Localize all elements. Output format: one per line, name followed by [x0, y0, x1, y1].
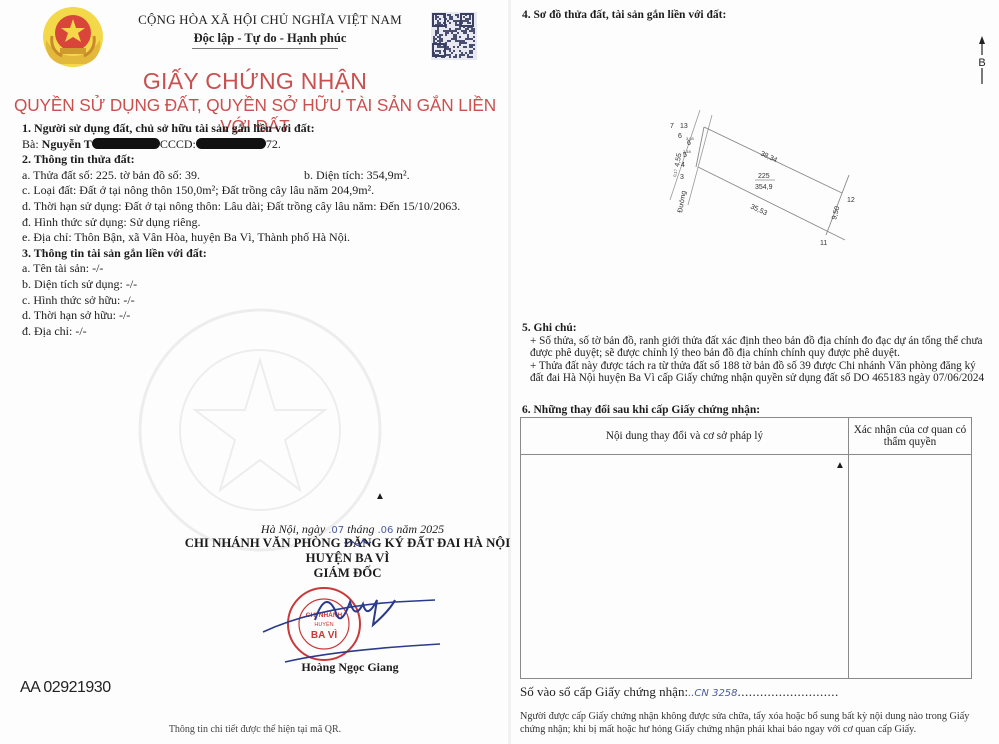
parcel-diagram: 7 13 3,03 2,18 6 6 5 4 3 4,55 0,17 38,34…	[650, 105, 870, 255]
changes-cell-content	[521, 455, 849, 679]
id-suffix: 72.	[266, 137, 281, 151]
redaction-bar	[196, 138, 266, 149]
column-header-confirmation: Xác nhận của cơ quan có thẩm quyền	[849, 418, 972, 455]
motto-underline	[192, 48, 338, 49]
owner-name: Nguyễn T	[42, 137, 92, 151]
date-month-label: tháng	[344, 522, 377, 536]
svg-text:38,34: 38,34	[759, 150, 778, 164]
signer-position: GIÁM ĐỐC	[180, 566, 515, 581]
asset-area: b. Diện tích sử dụng: -/-	[22, 277, 502, 293]
svg-text:6: 6	[678, 133, 682, 140]
date-day: .07	[328, 525, 344, 536]
serial-number: AA 02921930	[20, 679, 111, 697]
svg-text:13: 13	[680, 123, 688, 130]
asset-name: a. Tên tài sản: -/-	[22, 261, 502, 277]
registry-dots: ...........................	[738, 684, 839, 699]
qr-note: Thông tin chi tiết được thể hiện tại mã …	[0, 724, 510, 735]
certificate-body: 1. Người sử dụng đất, chủ sở hữu tài sản…	[22, 121, 502, 339]
registry-value: ..CN 3258	[688, 688, 737, 699]
ink-mark: ▲	[835, 460, 845, 471]
north-arrow-icon: B	[975, 36, 989, 86]
note-item: + Số thửa, số tờ bản đồ, ranh giới thửa …	[530, 335, 990, 360]
svg-text:11: 11	[820, 240, 827, 247]
note-item: + Thửa đất này được tách ra từ thửa đất …	[530, 360, 990, 385]
section5-heading: 5. Ghi chú:	[522, 322, 577, 334]
asset-ownership-term: d. Thời hạn sở hữu: -/-	[22, 308, 502, 324]
national-emblem-icon	[40, 6, 106, 68]
svg-text:0,17: 0,17	[672, 168, 678, 177]
certificate-title: GIẤY CHỨNG NHẬN	[0, 68, 510, 95]
column-header-content: Nội dung thay đổi và cơ sở pháp lý	[521, 418, 849, 455]
signer-name: Hoàng Ngọc Giang	[245, 660, 455, 675]
national-title: CỘNG HÒA XÃ HỘI CHỦ NGHĨA VIỆT NAM	[130, 12, 410, 28]
owner-prefix: Bà:	[22, 137, 42, 151]
qr-code-icon[interactable]	[431, 12, 477, 60]
svg-text:225: 225	[758, 173, 770, 180]
parcel-line: a. Thửa đất số: 225. tờ bản đồ số: 39. b…	[22, 168, 502, 184]
id-label: CCCD:	[160, 137, 196, 151]
notes-list: + Số thửa, số tờ bản đồ, ranh giới thửa …	[530, 335, 990, 384]
registry-number-line: Số vào sổ cấp Giấy chứng nhận:..CN 3258.…	[520, 684, 839, 700]
section3-heading: 3. Thông tin tài sản gắn liền với đất:	[22, 246, 502, 262]
registry-label: Số vào sổ cấp Giấy chứng nhận:	[520, 684, 688, 699]
parcel-number: a. Thửa đất số: 225. tờ bản đồ số: 39.	[22, 168, 200, 182]
owner-line: Bà: Nguyễn TCCCD:72.	[22, 137, 502, 153]
date-month: .06	[378, 525, 394, 536]
svg-text:7: 7	[670, 123, 674, 130]
initials-icon	[343, 536, 373, 550]
asset-ownership-form: c. Hình thức sở hữu: -/-	[22, 293, 502, 309]
national-motto: Độc lập - Tự do - Hạnh phúc	[130, 31, 410, 46]
parcel-area: b. Diện tích: 354,9m².	[304, 168, 410, 184]
land-type: c. Loại đất: Đất ở tại nông thôn 150,0m²…	[22, 183, 502, 199]
svg-text:35,53: 35,53	[749, 203, 768, 217]
svg-text:3: 3	[680, 174, 684, 181]
svg-text:12: 12	[847, 197, 855, 204]
section6-heading: 6. Những thay đổi sau khi cấp Giấy chứng…	[522, 404, 760, 416]
ink-mark: ▲	[375, 491, 385, 502]
svg-text:Đường: Đường	[677, 190, 688, 213]
signature-icon	[255, 580, 445, 670]
parcel-address: e. Địa chỉ: Thôn Bận, xã Vân Hòa, huyện …	[22, 230, 502, 246]
svg-text:9,50: 9,50	[831, 205, 841, 220]
changes-cell-confirmation	[849, 455, 972, 679]
section1-heading: 1. Người sử dụng đất, chủ sở hữu tài sản…	[22, 121, 502, 137]
warning-text: Người được cấp Giấy chứng nhận không đượ…	[520, 710, 980, 736]
usage-term: d. Thời hạn sử dụng: Đất ở tại nông thôn…	[22, 199, 502, 215]
svg-text:6: 6	[687, 140, 691, 147]
usage-form: đ. Hình thức sử dụng: Sử dụng riêng.	[22, 215, 502, 231]
changes-table: Nội dung thay đổi và cơ sở pháp lý Xác n…	[520, 417, 972, 679]
svg-text:354,9: 354,9	[755, 184, 773, 191]
date-place: Hà Nội, ngày	[261, 522, 328, 536]
date-year: năm 2025	[393, 522, 444, 536]
redaction-bar	[92, 138, 160, 149]
asset-address: đ. Địa chỉ: -/-	[22, 324, 502, 340]
signing-date: Hà Nội, ngày .07 tháng .06 năm 2025	[185, 522, 520, 537]
section4-heading: 4. Sơ đồ thửa đất, tài sản gắn liền với …	[522, 9, 726, 21]
authority-line2: HUYỆN BA VÌ	[180, 551, 515, 566]
svg-text:5: 5	[683, 152, 687, 159]
north-label: B	[978, 57, 985, 69]
section2-heading: 2. Thông tin thửa đất:	[22, 152, 502, 168]
